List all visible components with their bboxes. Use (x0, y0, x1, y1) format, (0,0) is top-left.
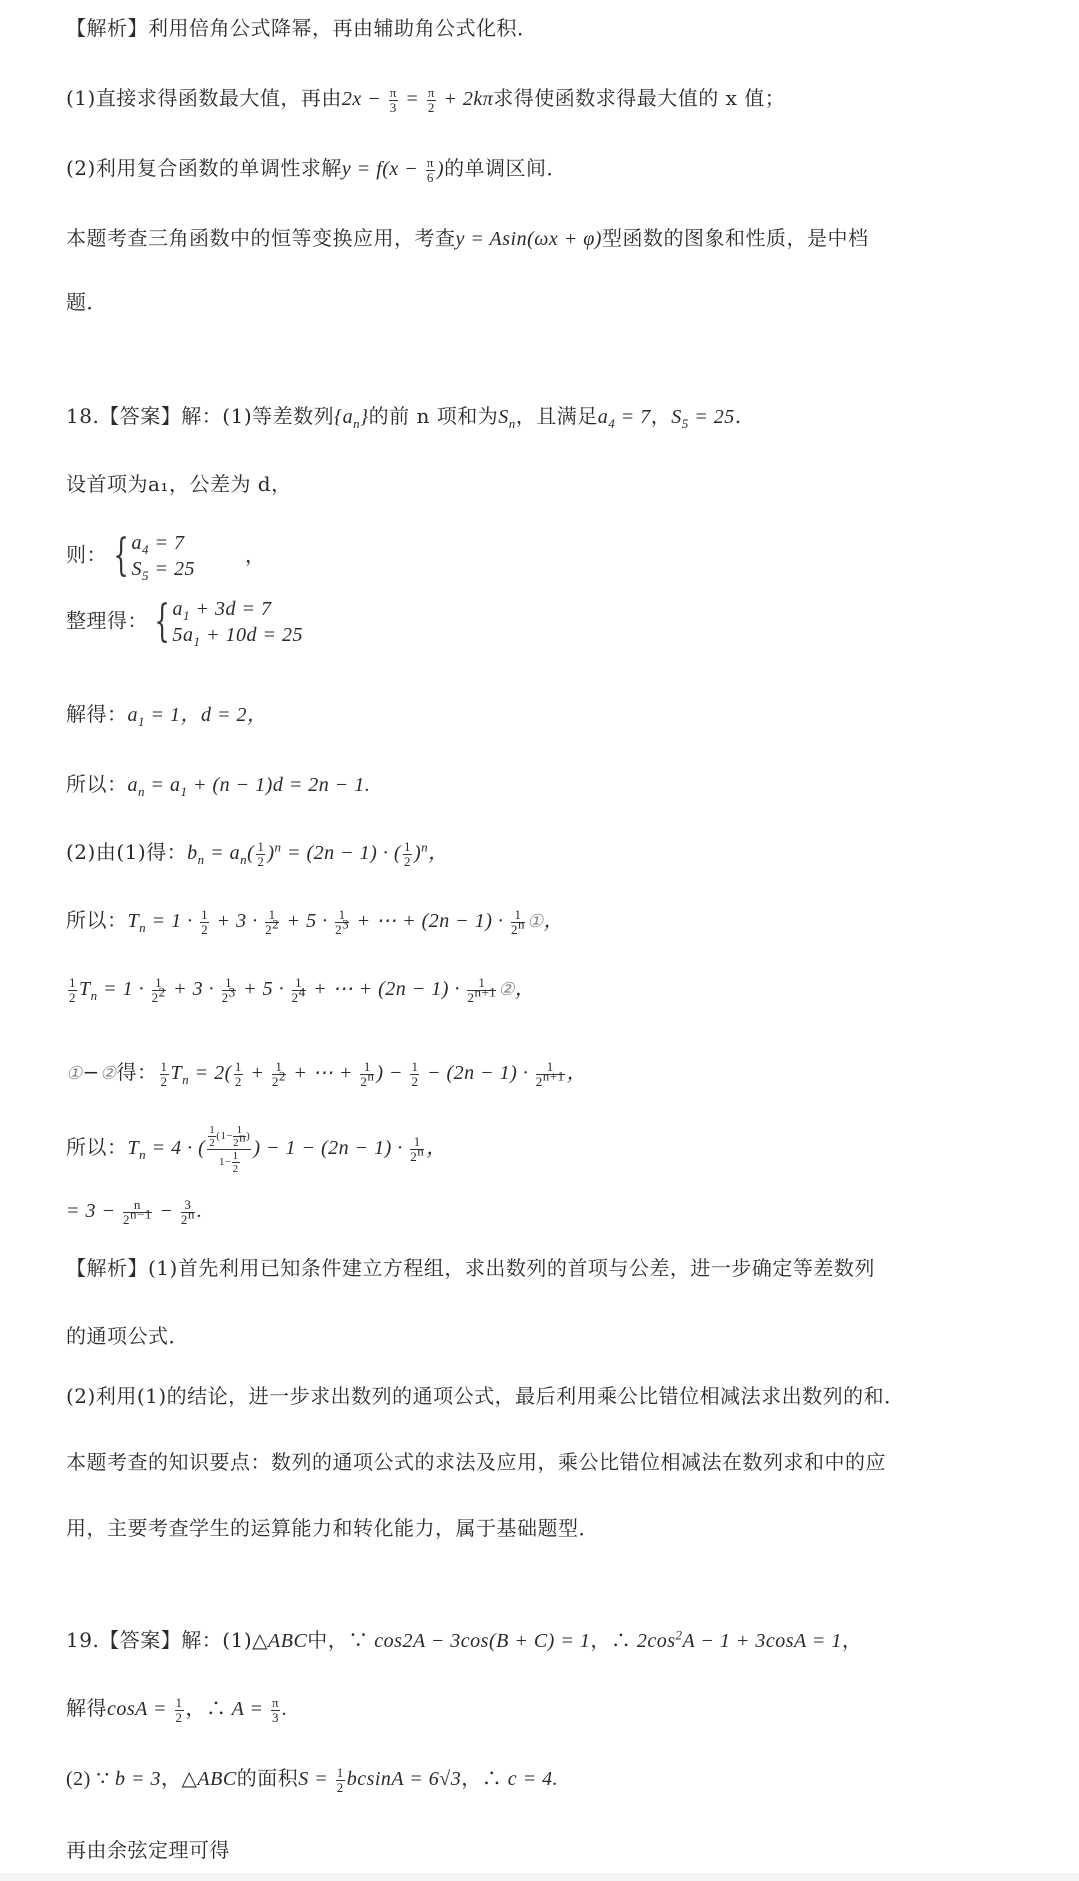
q18-solve-result: a1 = 1，d = 2， (128, 704, 268, 726)
q18-analysis-line2: 的通项公式． (66, 1322, 189, 1350)
q18-system1-eq2: S5 = 25 (132, 556, 196, 582)
q18-so-label-2: 所以： (66, 908, 128, 932)
analysis-summary-end: 题． (66, 288, 107, 316)
analysis-part2-prefix: (2)利用复合函数的单调性求解 (66, 156, 342, 180)
q18-analysis-line4: 本题考查的知识要点：数列的通项公式的求法及应用，乘公比错位相减法在数列求和中的应 (66, 1448, 886, 1476)
q18-system1: 则：{a4 = 7S5 = 25， (66, 530, 266, 582)
q18-then-label: 则： (66, 543, 107, 567)
analysis-part2: (2)利用复合函数的单调性求解y = f(x − π6)的单调区间． (66, 154, 567, 185)
analysis-part1-suffix: 求得使函数求得最大值的 x 值； (493, 86, 785, 110)
analysis-part1: (1)直接求得函数最大值，再由2x − π3 = π2 + 2kπ求得使函数求得… (66, 84, 785, 115)
q19-part2-formula: (2) ∵ b = 3，△ABC的面积S = 12bcsinA = 6√3，∴ … (66, 1768, 558, 1790)
circled-2-icon: ② (100, 1060, 117, 1088)
q18-header-cond: ，且满足 (516, 404, 598, 428)
circled-2-icon: ② (498, 975, 515, 1003)
analysis-summary-suffix: 型函数的图象和性质，是中档 (602, 226, 869, 250)
q18-so-label: 所以： (66, 772, 128, 796)
q19-header: 19.【答案】解：(1)△ABC中，∵ cos2A − 3cos(B + C) … (66, 1626, 862, 1655)
q18-analysis-line5: 用，主要考查学生的运算能力和转化能力，属于基础题型． (66, 1514, 599, 1542)
analysis-intro: 【解析】利用倍角公式降幂，再由辅助角公式化积． (66, 14, 538, 42)
q18-setup: 设首项为a₁，公差为 d， (66, 470, 292, 498)
q18-system2-eq1: a1 + 3d = 7 (173, 596, 304, 622)
q18-sn: Sn (498, 406, 516, 428)
q18-tn-result-formula: Tn = 4 · (12(1−12n)1−12) − 1 − (2n − 1) … (128, 1137, 447, 1159)
q18-system2-eq2: 5a1 + 10d = 25 (173, 622, 304, 648)
q18-subtract-formula: 12Tn = 2(12 + 122 + ⋯ + 12n) − 12 − (2n … (158, 1062, 588, 1084)
q18-header-mid: 的前 n 项和为 (369, 404, 499, 428)
q18-so-label-3: 所以： (66, 1135, 128, 1159)
q18-analysis-line3: (2)利用(1)的结论，进一步求出数列的通项公式，最后利用乘公比错位相减法求出数… (66, 1382, 905, 1410)
q19-cosine-law: 再由余弦定理可得 (66, 1836, 230, 1864)
q18-tn-result: 所以：Tn = 4 · (12(1−12n)1−12) − 1 − (2n − … (66, 1124, 447, 1175)
left-brace-icon: { (113, 534, 129, 578)
q18-eq2: S5 = 25 (671, 406, 735, 428)
q18-solve: 解得：a1 = 1，d = 2， (66, 700, 268, 729)
page-bottom-divider (0, 1873, 1079, 1881)
analysis-summary-formula: y = Asin(ωx + φ) (456, 228, 602, 250)
q18-an: 所以：an = a1 + (n − 1)d = 2n − 1. (66, 770, 370, 799)
q19-solve-label: 解得 (66, 1696, 107, 1720)
analysis-part2-formula: y = f(x − π6) (342, 158, 444, 180)
q18-subtract-label: 得： (117, 1060, 158, 1084)
q19-header-prefix: 19.【答案】解：(1) (66, 1628, 252, 1652)
q18-final: = 3 − n2n−1 − 32n. (66, 1196, 202, 1227)
q18-half-tn-formula: 12Tn = 1 · 122 + 3 · 123 + 5 · 124 + ⋯ +… (66, 978, 535, 1000)
q18-seq: {an} (334, 406, 369, 428)
q18-an-formula: an = a1 + (n − 1)d = 2n − 1. (128, 774, 371, 796)
circled-1-icon: ① (66, 1060, 83, 1088)
analysis-summary: 本题考查三角函数中的恒等变换应用，考查y = Asin(ωx + φ)型函数的图… (66, 224, 868, 253)
q19-part2: (2) ∵ b = 3，△ABC的面积S = 12bcsinA = 6√3，∴ … (66, 1764, 558, 1795)
q18-bn-formula: bn = an(12)n = (2n − 1) · (12)n， (187, 842, 449, 864)
analysis-part1-prefix: (1)直接求得函数最大值，再由 (66, 86, 342, 110)
q18-tn-formula: Tn = 1 · 12 + 3 · 122 + 5 · 123 + ⋯ + (2… (128, 910, 565, 932)
q18-system1-eq1: a4 = 7 (132, 530, 196, 556)
q18-part2-label: (2)由(1)得： (66, 840, 187, 864)
q18-analysis-line1: 【解析】(1)首先利用已知条件建立方程组，求出数列的首项与公差，进一步确定等差数… (66, 1254, 875, 1282)
q18-header-prefix: 18.【答案】解：(1)等差数列 (66, 404, 334, 428)
q18-half-tn: 12Tn = 1 · 122 + 3 · 123 + 5 · 124 + ⋯ +… (66, 974, 535, 1005)
q19-header-formula: △ABC中，∵ cos2A − 3cos(B + C) = 1，∴ 2cos2A… (252, 1630, 862, 1652)
q18-final-formula: = 3 − n2n−1 − 32n. (66, 1200, 202, 1222)
q18-eq1: a4 = 7 (598, 406, 651, 428)
q18-system2: 整理得：{a1 + 3d = 75a1 + 10d = 25 (66, 596, 303, 648)
q18-arrange-label: 整理得： (66, 609, 148, 633)
left-brace-icon: { (154, 600, 170, 644)
analysis-part2-suffix: 的单调区间． (444, 156, 567, 180)
q18-tn: 所以：Tn = 1 · 12 + 3 · 122 + 5 · 123 + ⋯ +… (66, 906, 564, 937)
q19-solve-formula: cosA = 12，∴ A = π3. (107, 1698, 288, 1720)
analysis-summary-prefix: 本题考查三角函数中的恒等变换应用，考查 (66, 226, 456, 250)
analysis-part1-formula: 2x − π3 = π2 + 2kπ (342, 88, 493, 110)
q18-subtract: ①−②得：12Tn = 2(12 + 122 + ⋯ + 12n) − 12 −… (66, 1058, 587, 1089)
q18-solve-label: 解得： (66, 702, 128, 726)
circled-1-icon: ① (527, 907, 544, 935)
q18-bn: (2)由(1)得：bn = an(12)n = (2n − 1) · (12)n… (66, 838, 449, 869)
q19-solve: 解得cosA = 12，∴ A = π3. (66, 1694, 288, 1725)
q18-header: 18.【答案】解：(1)等差数列{an}的前 n 项和为Sn，且满足a4 = 7… (66, 402, 742, 431)
